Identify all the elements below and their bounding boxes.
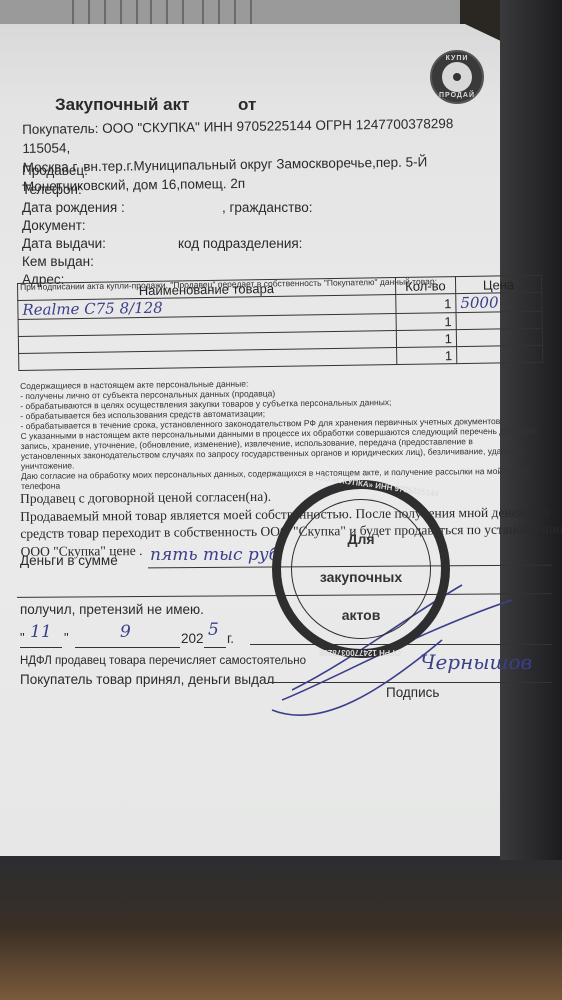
date-year-unit: г. [227,631,234,646]
date-month: 9 [120,622,131,642]
buyer-accepted-statement: Покупатель товар принял, деньги выдал [20,672,274,687]
quantity-cell: 1 [396,330,457,348]
kupi-prodai-logo: КУПИ ПРОДАЙ [430,50,484,104]
money-amount-handwritten: пять тыс руб [150,545,279,565]
date-open-quote: " [20,630,25,645]
handshake-icon [442,62,472,92]
price-cell: 5000 [456,292,542,312]
header-quantity: Кол-во [395,277,456,295]
seller-field: Продавец: [22,163,88,178]
document-title-from: от [238,95,256,115]
buyer-details: Покупатель: ООО "СКУПКА" ИНН 9705225144 … [22,113,503,196]
quantity-cell: 1 [395,294,456,314]
date-close-quote: " [64,630,69,645]
received-statement: получил, претензий не имею. [20,602,204,617]
date-month-line [75,647,180,648]
date-year-prefix: 202 [181,631,204,646]
header-price: Цена [455,275,541,293]
birth-date-field: Дата рождения : [22,200,125,215]
document-field: Документ: [22,218,86,233]
price-cell [456,311,542,329]
background-surface [0,855,562,1000]
goods-table: Наименование товара Кол-во Цена Realme C… [17,275,543,371]
date-year-line [204,647,226,648]
issued-by-field: Кем выдан: [22,254,94,269]
division-code-field: код подразделения: [178,236,302,251]
underlying-sheet [0,0,460,28]
quantity-cell: 1 [396,347,457,365]
citizenship-field: , гражданство: [222,200,313,215]
document-title: Закупочный акт [55,95,189,115]
quantity-cell: 1 [396,313,457,331]
price-cell [457,345,543,363]
price-cell [456,328,542,346]
date-day-line [20,647,62,648]
phone-field: Телефон: [22,182,82,197]
money-amount-label: Деньги в сумме [20,553,118,568]
issue-date-field: Дата выдачи: [22,236,106,251]
company-stamp: Для закупочных актов ООО «СКУПКА» ИНН 97… [272,480,450,658]
date-day: 11 [30,622,52,642]
personal-data-notice: Содержащиеся в настоящем акте персональн… [20,376,539,491]
date-year-suffix: 5 [208,620,219,640]
